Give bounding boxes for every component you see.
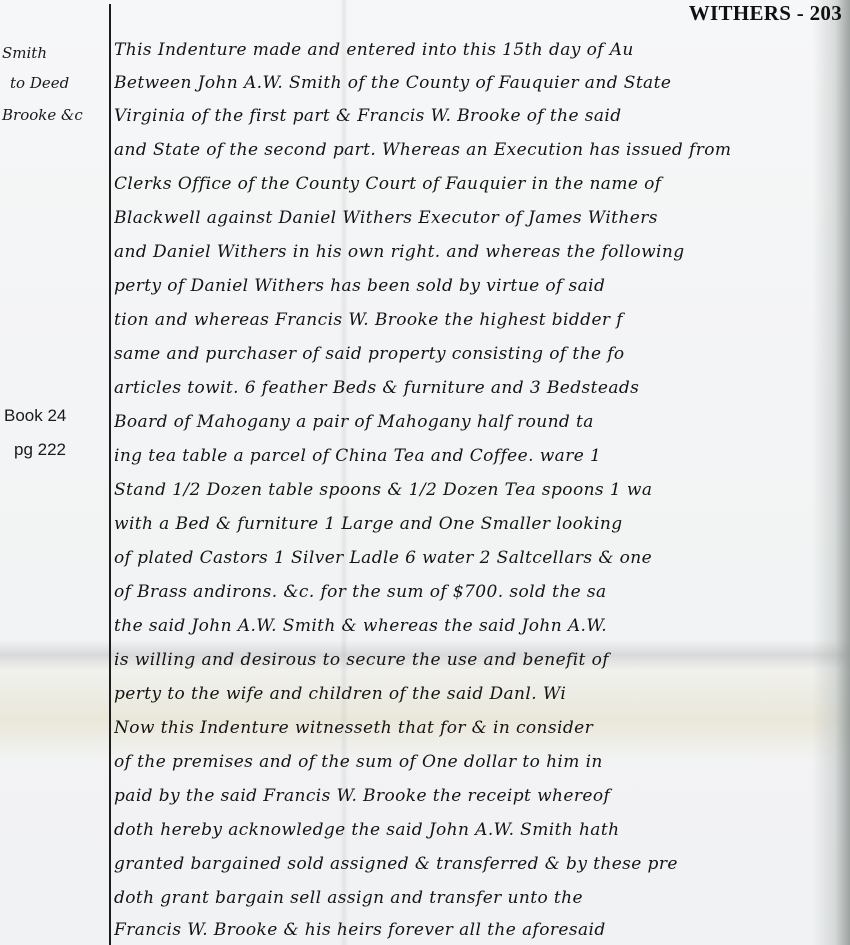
margin-note-party-2: to Deed <box>10 74 116 92</box>
text-line: perty of Daniel Withers has been sold by… <box>114 276 844 296</box>
text-line: Clerks Office of the County Court of Fau… <box>114 174 844 194</box>
text-line: Between John A.W. Smith of the County of… <box>114 73 844 93</box>
text-line: is willing and desirous to secure the us… <box>114 650 844 670</box>
text-line: Virginia of the first part & Francis W. … <box>114 106 844 126</box>
text-line: perty to the wife and children of the sa… <box>114 684 844 704</box>
page-header-label: WITHERS - 203 <box>689 0 842 26</box>
margin-rule <box>109 4 111 945</box>
text-line: doth grant bargain sell assign and trans… <box>114 888 844 908</box>
text-line: of Brass andirons. &c. for the sum of $7… <box>114 582 844 602</box>
text-line: doth hereby acknowledge the said John A.… <box>114 820 844 840</box>
text-line: the said John A.W. Smith & whereas the s… <box>114 616 844 636</box>
text-line: and Daniel Withers in his own right. and… <box>114 242 844 262</box>
margin-page-number: pg 222 <box>14 440 114 460</box>
text-line: granted bargained sold assigned & transf… <box>114 854 844 874</box>
scanned-deed-page: WITHERS - 203 Smith to Deed Brooke &c Bo… <box>0 0 850 945</box>
text-line: and State of the second part. Whereas an… <box>114 140 844 160</box>
margin-book-number: Book 24 <box>4 406 104 426</box>
text-line: Stand 1/2 Dozen table spoons & 1/2 Dozen… <box>114 480 844 500</box>
text-line: of the premises and of the sum of One do… <box>114 752 844 772</box>
text-line: Francis W. Brooke & his heirs forever al… <box>114 920 844 940</box>
text-line: tion and whereas Francis W. Brooke the h… <box>114 310 844 330</box>
text-line: same and purchaser of said property cons… <box>114 344 844 364</box>
text-line: This Indenture made and entered into thi… <box>114 40 844 60</box>
text-line: of plated Castors 1 Silver Ladle 6 water… <box>114 548 844 568</box>
text-line: Board of Mahogany a pair of Mahogany hal… <box>114 412 844 432</box>
text-line: ing tea table a parcel of China Tea and … <box>114 446 844 466</box>
text-line: with a Bed & furniture 1 Large and One S… <box>114 514 844 534</box>
text-line: Blackwell against Daniel Withers Executo… <box>114 208 844 228</box>
text-line: Now this Indenture witnesseth that for &… <box>114 718 844 738</box>
text-line: paid by the said Francis W. Brooke the r… <box>114 786 844 806</box>
text-line: articles towit. 6 feather Beds & furnitu… <box>114 378 844 398</box>
margin-note-party-3: Brooke &c <box>2 106 108 124</box>
margin-note-party-1: Smith <box>2 44 108 62</box>
